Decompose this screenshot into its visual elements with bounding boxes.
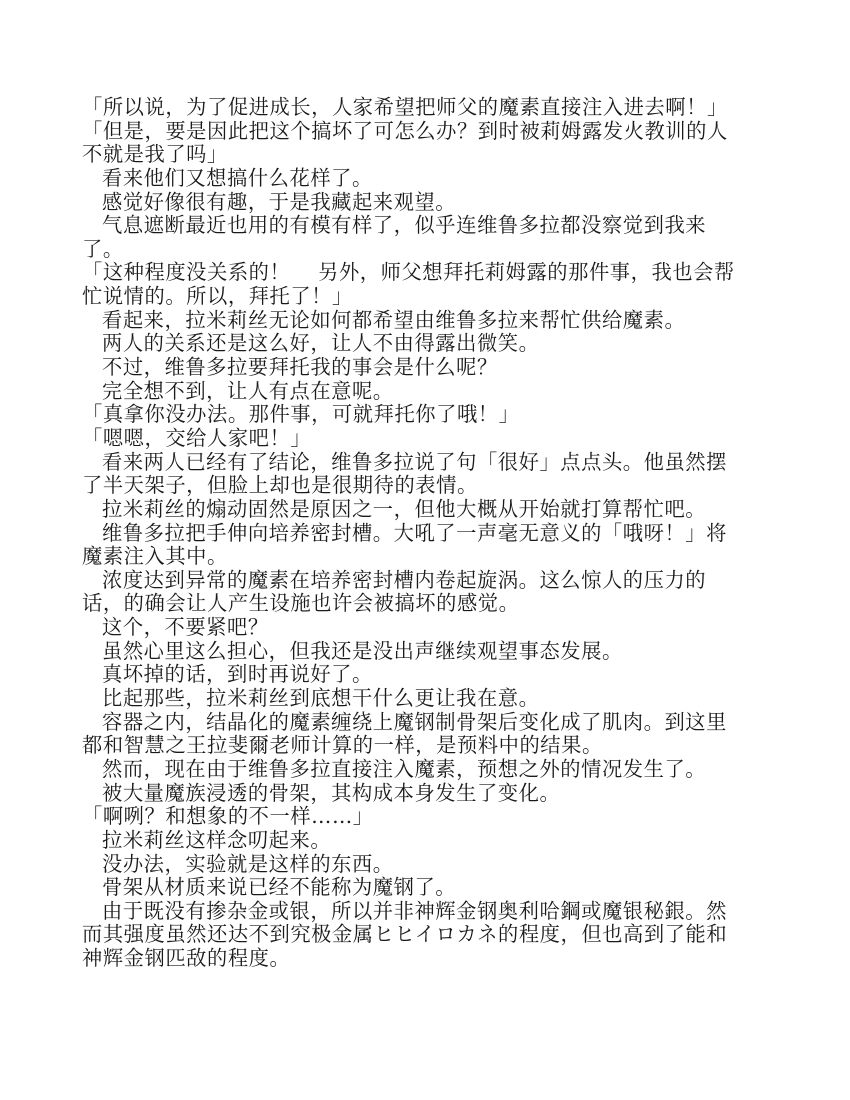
text-line: 话，的确会让人产生设施也许会被搞坏的感觉。: [82, 592, 746, 616]
document-page: 「所以说，为了促进成长，人家希望把师父的魔素直接注入进去啊！」「但是，要是因此把…: [0, 0, 850, 1100]
body-text: 「所以说，为了促进成长，人家希望把师父的魔素直接注入进去啊！」「但是，要是因此把…: [82, 96, 746, 971]
text-line: 比起那些，拉米莉丝到底想干什么更让我在意。: [82, 687, 746, 711]
text-line: 浓度达到异常的魔素在培养密封槽内卷起旋涡。这么惊人的压力的: [82, 569, 746, 593]
text-line: 看来他们又想搞什么花样了。: [82, 167, 746, 191]
text-line: 魔素注入其中。: [82, 545, 746, 569]
text-line: 「真拿你没办法。那件事，可就拜托你了哦！」: [82, 403, 746, 427]
text-line: 两人的关系还是这么好，让人不由得露出微笑。: [82, 332, 746, 356]
text-line: 了半天架子，但脸上却也是很期待的表情。: [82, 474, 746, 498]
text-line: 不过，维鲁多拉要拜托我的事会是什么呢？: [82, 356, 746, 380]
text-line: 由于既没有掺杂金或银，所以并非神辉金钢奥利哈鋼或魔银秘銀。然: [82, 900, 746, 924]
text-line: 看起来，拉米莉丝无论如何都希望由维鲁多拉来帮忙供给魔素。: [82, 309, 746, 333]
text-line: 气息遮断最近也用的有模有样了，似乎连维鲁多拉都没察觉到我来: [82, 214, 746, 238]
text-line: 「这种程度没关系的！ 另外，师父想拜托莉姆露的那件事，我也会帮: [82, 261, 746, 285]
text-line: 被大量魔族浸透的骨架，其构成本身发生了变化。: [82, 782, 746, 806]
text-line: 维鲁多拉把手伸向培养密封槽。大吼了一声毫无意义的「哦呀！」将: [82, 522, 746, 546]
text-line: 没办法，实验就是这样的东西。: [82, 853, 746, 877]
text-line: 忙说情的。所以，拜托了！」: [82, 285, 746, 309]
text-line: 骨架从材质来说已经不能称为魔钢了。: [82, 876, 746, 900]
text-line: 「嗯嗯，交给人家吧！」: [82, 427, 746, 451]
text-line: 这个，不要紧吧？: [82, 616, 746, 640]
text-line: 神辉金钢匹敌的程度。: [82, 947, 746, 971]
text-line: 容器之内，结晶化的魔素缠绕上魔钢制骨架后变化成了肌肉。到这里: [82, 711, 746, 735]
text-line: 「所以说，为了促进成长，人家希望把师父的魔素直接注入进去啊！」: [82, 96, 746, 120]
text-line: 「啊咧？和想象的不一样……」: [82, 805, 746, 829]
text-line: 看来两人已经有了结论，维鲁多拉说了句「很好」点点头。他虽然摆: [82, 451, 746, 475]
text-line: 而其强度虽然还达不到究极金属ヒヒイロカネ的程度，但也高到了能和: [82, 923, 746, 947]
text-line: 感觉好像很有趣，于是我藏起来观望。: [82, 191, 746, 215]
text-line: 完全想不到，让人有点在意呢。: [82, 380, 746, 404]
text-line: 然而，现在由于维鲁多拉直接注入魔素，预想之外的情况发生了。: [82, 758, 746, 782]
text-line: 拉米莉丝这样念叨起来。: [82, 829, 746, 853]
text-line: 真坏掉的话，到时再说好了。: [82, 663, 746, 687]
text-line: 拉米莉丝的煽动固然是原因之一，但他大概从开始就打算帮忙吧。: [82, 498, 746, 522]
text-line: 虽然心里这么担心，但我还是没出声继续观望事态发展。: [82, 640, 746, 664]
text-line: 都和智慧之王拉斐爾老师计算的一样，是预料中的结果。: [82, 734, 746, 758]
text-line: 不就是我了吗」: [82, 143, 746, 167]
text-line: 「但是，要是因此把这个搞坏了可怎么办？到时被莉姆露发火教训的人: [82, 120, 746, 144]
text-line: 了。: [82, 238, 746, 262]
